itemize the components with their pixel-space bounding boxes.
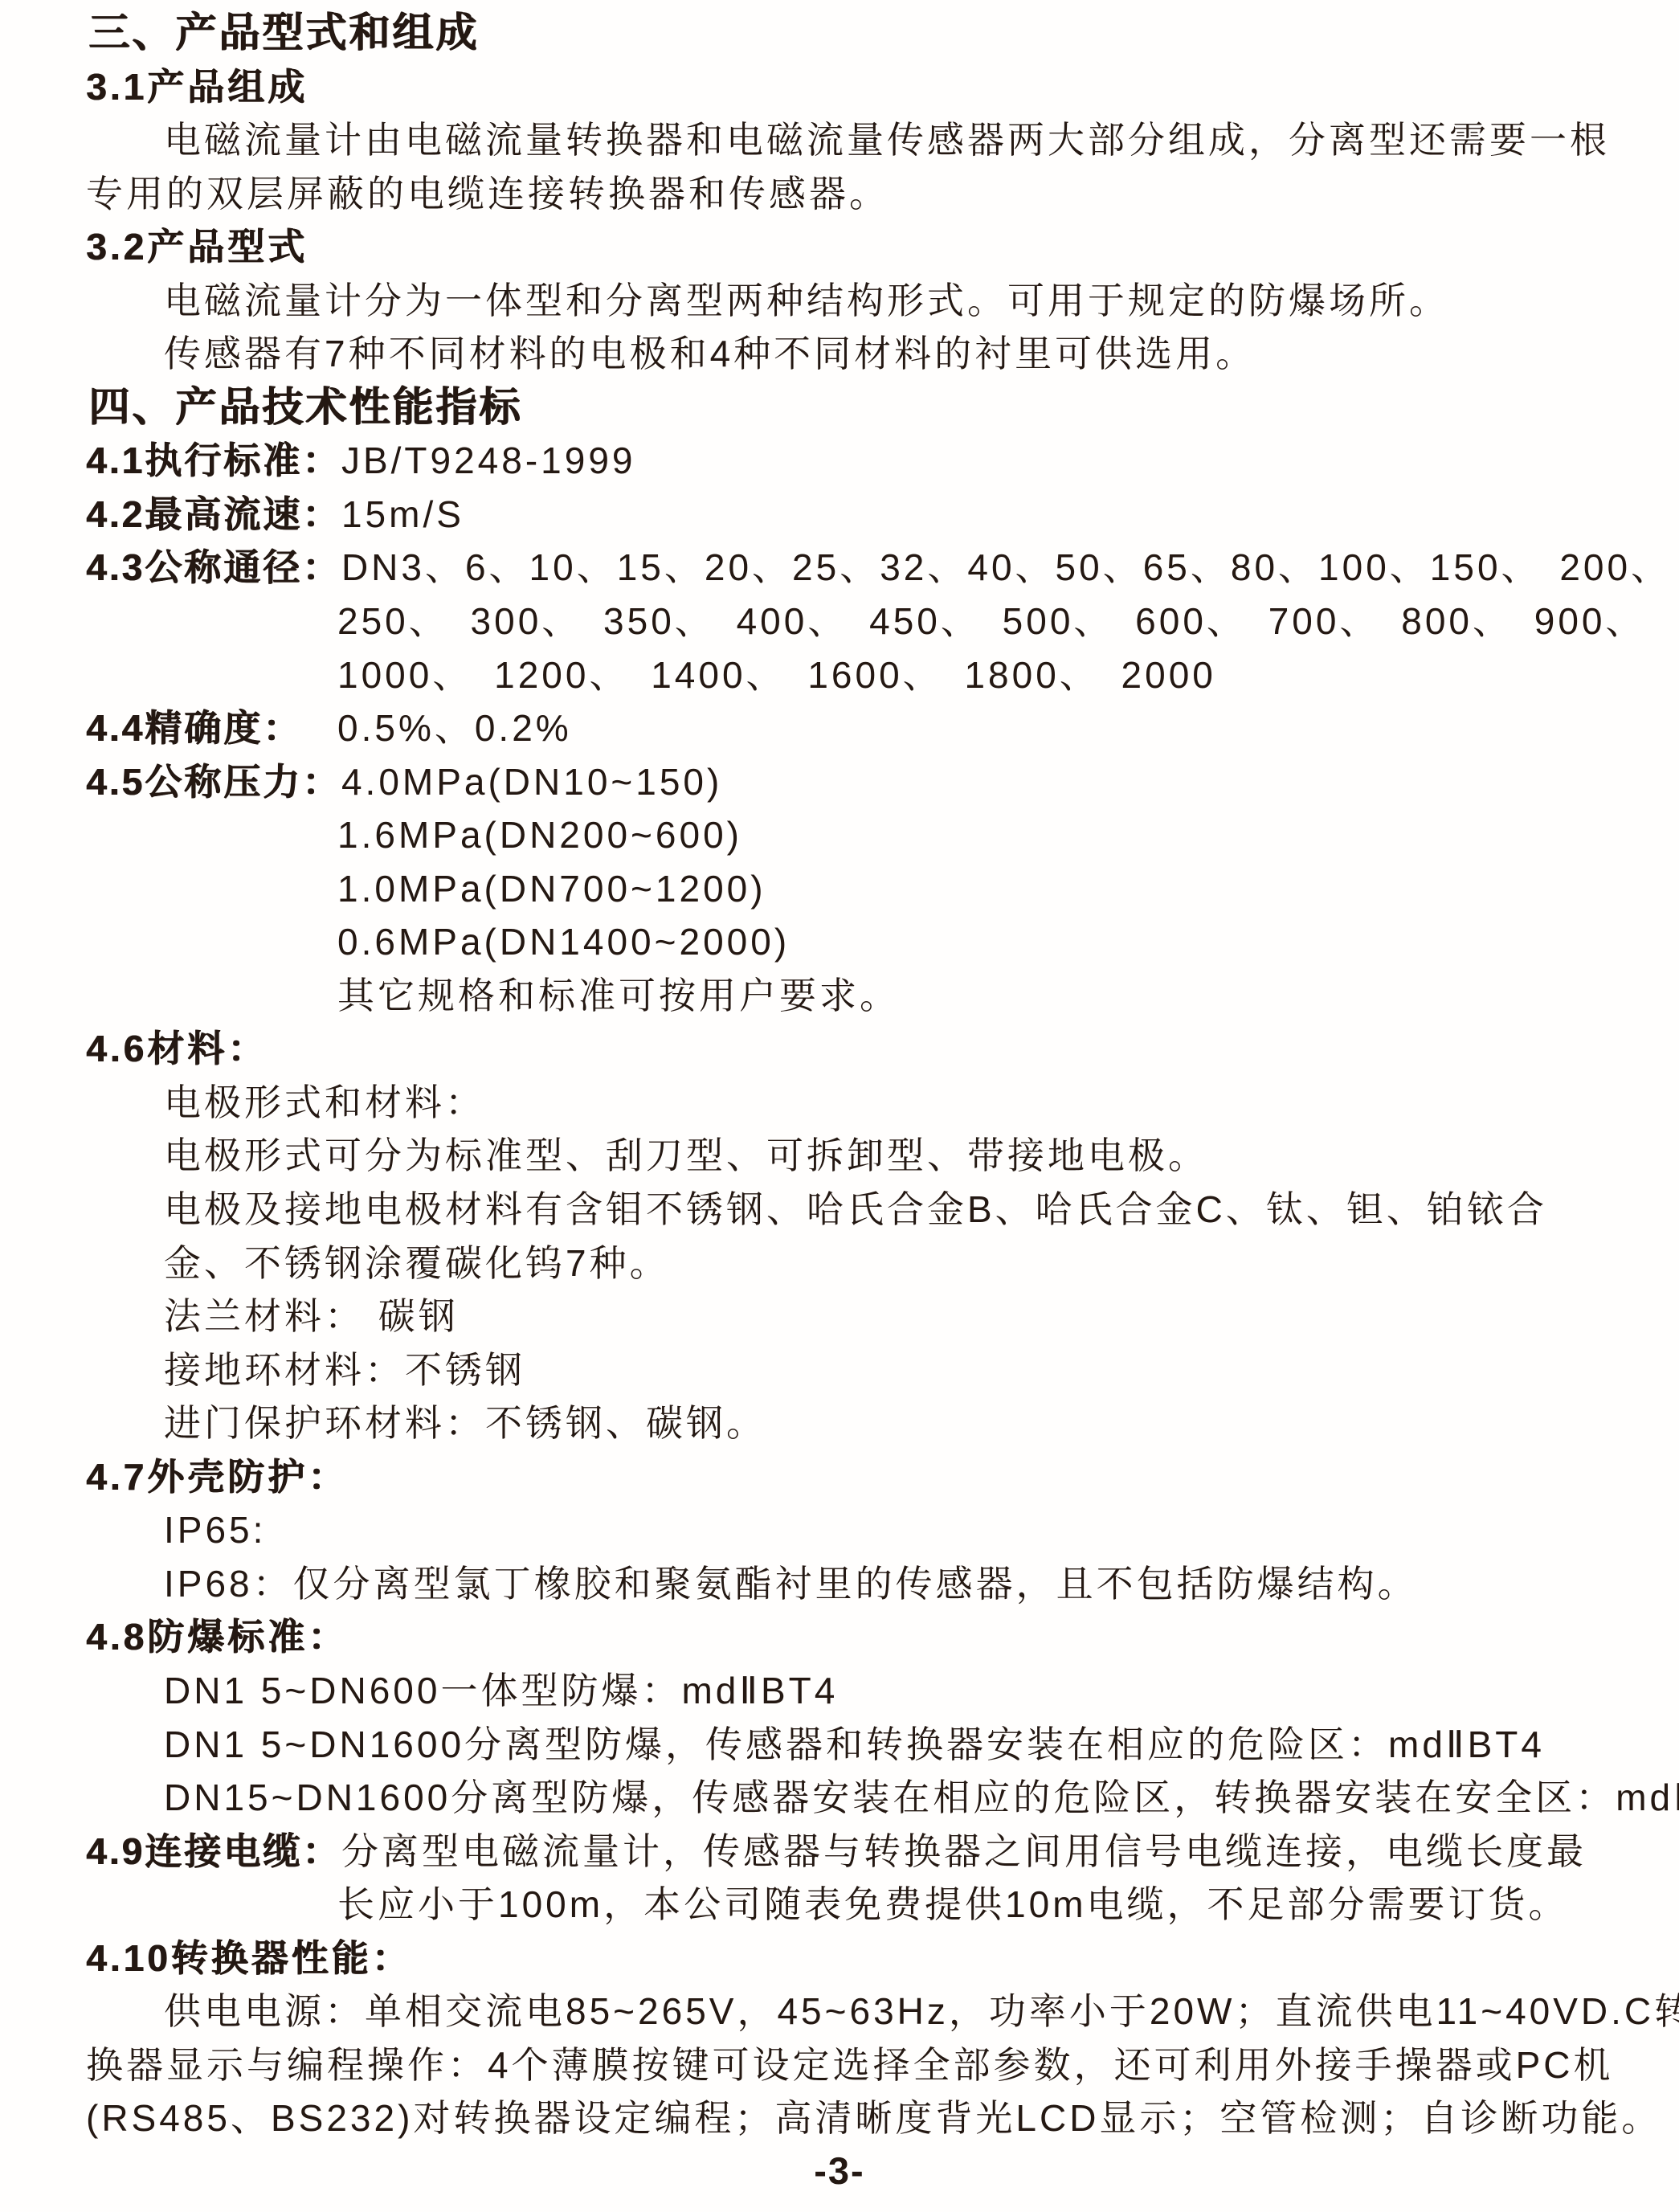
text-segment: 其它规格和标准可按用户要求。 [337, 975, 900, 1016]
text-segment: 四、产品技术性能指标 [88, 384, 522, 430]
doc-line: DN15~DN1600分离型防爆，传感器安装在相应的危险区，转换器安装在安全区：… [0, 1771, 1679, 1825]
text-segment: 0.6MPa(DN1400~2000) [337, 921, 790, 963]
text-segment: 专用的双层屏蔽的电缆连接转换器和传感器。 [86, 173, 889, 215]
text-segment: 分离型电磁流量计，传感器与转换器之间用信号电缆连接，电缆长度最 [341, 1830, 1587, 1872]
text-segment: 4.0MPa(DN10~150) [341, 761, 722, 803]
doc-line: 4.6材料： [0, 1022, 1679, 1076]
field-label: 4.2最高流速： [86, 488, 341, 542]
field-label: 4.1执行标准： [86, 434, 341, 488]
text-segment: 4.8防爆标准： [86, 1616, 348, 1658]
doc-line: 三、产品型式和组成 [0, 6, 1679, 60]
text-segment: 3.2产品型式 [86, 226, 308, 268]
doc-line: 4.1执行标准：JB/T9248-1999 [0, 434, 1679, 488]
doc-line: 4.3公称通径：DN3、6、10、15、20、25、32、40、50、65、80… [0, 541, 1679, 595]
doc-line: 电磁流量计由电磁流量转换器和电磁流量传感器两大部分组成，分离型还需要一根 [0, 113, 1679, 167]
text-segment: JB/T9248-1999 [341, 440, 636, 481]
doc-line: 专用的双层屏蔽的电缆连接转换器和传感器。 [0, 167, 1679, 221]
text-segment: DN3、6、10、15、20、25、32、40、50、65、80、100、150… [341, 546, 1671, 588]
doc-line: 电极形式可分为标准型、刮刀型、可拆卸型、带接地电极。 [0, 1129, 1679, 1183]
doc-line: 4.8防爆标准： [0, 1610, 1679, 1664]
doc-line: 长应小于100m，本公司随表免费提供10m电缆，不足部分需要订货。 [0, 1878, 1679, 1932]
text-segment: DN1 5~DN1600分离型防爆，传感器和转换器安装在相应的危险区：mdⅡBT… [164, 1723, 1545, 1765]
doc-line: DN1 5~DN1600分离型防爆，传感器和转换器安装在相应的危险区：mdⅡBT… [0, 1718, 1679, 1772]
text-segment: 4.7外壳防护： [86, 1456, 348, 1498]
text-segment: 电磁流量计由电磁流量转换器和电磁流量传感器两大部分组成，分离型还需要一根 [164, 119, 1610, 161]
text-segment: 250、 300、 350、 400、 450、 500、 600、 700、 … [337, 600, 1646, 642]
text-segment: 三、产品型式和组成 [88, 10, 479, 55]
field-label: 4.3公称通径： [86, 541, 341, 595]
doc-line: 法兰材料： 碳钢 [0, 1290, 1679, 1343]
text-segment: DN15~DN1600分离型防爆，传感器安装在相应的危险区，转换器安装在安全区：… [164, 1777, 1679, 1818]
text-segment: 电极形式可分为标准型、刮刀型、可拆卸型、带接地电极。 [164, 1135, 1208, 1176]
text-segment: 供电电源：单相交流电85~265V，45~63Hz，功率小于20W；直流供电11… [164, 1990, 1679, 2032]
text-segment: DN1 5~DN600一体型防爆：mdⅡBT4 [164, 1670, 838, 1711]
text-segment: 1.0MPa(DN700~1200) [337, 868, 766, 910]
doc-line: 接地环材料：不锈钢 [0, 1343, 1679, 1397]
doc-line: 1.0MPa(DN700~1200) [0, 862, 1679, 916]
doc-line: 电极形式和材料： [0, 1076, 1679, 1130]
text-segment: 接地环材料：不锈钢 [164, 1349, 525, 1391]
text-segment: 电极及接地电极材料有含钼不锈钢、哈氏合金B、哈氏合金C、钛、钽、铂铱合 [164, 1188, 1547, 1230]
page-number: -3- [0, 2147, 1679, 2195]
doc-line: 传感器有7种不同材料的电极和4种不同材料的衬里可供选用。 [0, 327, 1679, 381]
doc-line: 四、产品技术性能指标 [0, 381, 1679, 435]
doc-line: 电极及接地电极材料有含钼不锈钢、哈氏合金B、哈氏合金C、钛、钽、铂铱合 [0, 1183, 1679, 1237]
doc-line: 4.10转换器性能： [0, 1932, 1679, 1985]
doc-line: 金、不锈钢涂覆碳化钨7种。 [0, 1237, 1679, 1290]
text-segment: IP68：仅分离型氯丁橡胶和聚氨酯衬里的传感器，且不包括防爆结构。 [164, 1563, 1418, 1605]
text-segment: 1000、 1200、 1400、 1600、 1800、 2000 [337, 654, 1216, 696]
text-segment: IP65: [164, 1509, 266, 1551]
doc-line: (RS485、BS232)对转换器设定编程；高清晰度背光LCD显示；空管检测；自… [0, 2091, 1679, 2145]
doc-line: 4.2最高流速：15m/S [0, 488, 1679, 542]
field-label: 4.4精确度： [86, 701, 337, 755]
text-segment: 法兰材料： 碳钢 [164, 1295, 459, 1337]
text-segment: 金、不锈钢涂覆碳化钨7种。 [164, 1242, 670, 1284]
text-segment: 15m/S [341, 493, 464, 535]
text-segment: 3.1产品组成 [86, 66, 308, 108]
doc-line: IP68：仅分离型氯丁橡胶和聚氨酯衬里的传感器，且不包括防爆结构。 [0, 1557, 1679, 1611]
doc-line: IP65: [0, 1503, 1679, 1557]
text-segment: (RS485、BS232)对转换器设定编程；高清晰度背光LCD显示；空管检测；自… [86, 2097, 1661, 2139]
doc-line: 其它规格和标准可按用户要求。 [0, 969, 1679, 1023]
doc-line: 进门保护环材料：不锈钢、碳钢。 [0, 1396, 1679, 1450]
doc-line: 4.5公称压力：4.0MPa(DN10~150) [0, 755, 1679, 809]
doc-line: DN1 5~DN600一体型防爆：mdⅡBT4 [0, 1664, 1679, 1718]
doc-line: 4.9连接电缆：分离型电磁流量计，传感器与转换器之间用信号电缆连接，电缆长度最 [0, 1825, 1679, 1879]
text-segment: 4.10转换器性能： [86, 1937, 412, 1979]
text-segment: 4.6材料： [86, 1028, 268, 1069]
doc-line: 4.7外壳防护： [0, 1450, 1679, 1504]
doc-line: 3.2产品型式 [0, 220, 1679, 274]
doc-line: 3.1产品组成 [0, 60, 1679, 114]
text-segment: 长应小于100m，本公司随表免费提供10m电缆，不足部分需要订货。 [337, 1883, 1569, 1925]
doc-line: 250、 300、 350、 400、 450、 500、 600、 700、 … [0, 595, 1679, 648]
doc-line: 电磁流量计分为一体型和分离型两种结构形式。可用于规定的防爆场所。 [0, 274, 1679, 328]
text-segment: 传感器有7种不同材料的电极和4种不同材料的衬里可供选用。 [164, 333, 1256, 374]
doc-line: 换器显示与编程操作：4个薄膜按键可设定选择全部参数，还可利用外接手操器或PC机 [0, 2038, 1679, 2092]
doc-line: 1000、 1200、 1400、 1600、 1800、 2000 [0, 648, 1679, 702]
doc-line: 供电电源：单相交流电85~265V，45~63Hz，功率小于20W；直流供电11… [0, 1985, 1679, 2038]
field-label: 4.9连接电缆： [86, 1825, 341, 1879]
text-segment: 进门保护环材料：不锈钢、碳钢。 [164, 1402, 766, 1444]
text-segment: 换器显示与编程操作：4个薄膜按键可设定选择全部参数，还可利用外接手操器或PC机 [86, 2044, 1613, 2086]
manual-page: 三、产品型式和组成3.1产品组成电磁流量计由电磁流量转换器和电磁流量传感器两大部… [0, 0, 1679, 2212]
doc-line: 4.4精确度：0.5%、0.2% [0, 701, 1679, 755]
text-segment: 电极形式和材料： [164, 1081, 485, 1123]
field-label: 4.5公称压力： [86, 755, 341, 809]
doc-line: 1.6MPa(DN200~600) [0, 808, 1679, 862]
doc-line: 0.6MPa(DN1400~2000) [0, 915, 1679, 969]
text-segment: 0.5%、0.2% [337, 707, 572, 749]
text-segment: 电磁流量计分为一体型和分离型两种结构形式。可用于规定的防爆场所。 [164, 280, 1449, 321]
document-body: 三、产品型式和组成3.1产品组成电磁流量计由电磁流量转换器和电磁流量传感器两大部… [0, 6, 1679, 2145]
text-segment: 1.6MPa(DN200~600) [337, 814, 742, 856]
